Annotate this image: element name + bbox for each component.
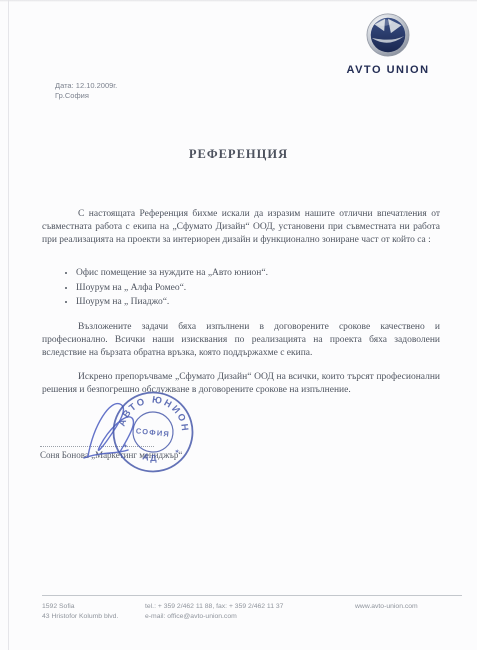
email-line: e-mail: office@avto-union.com <box>145 612 283 622</box>
footer-address: 1592 Sofia 43 Hristofor Kolumb blvd. <box>42 602 118 621</box>
stamp-star-icon: ✶ <box>122 442 129 451</box>
city-line: Гр.София <box>55 91 117 101</box>
paragraph-intro: С настоящата Референция бихме искали да … <box>42 208 440 247</box>
footer-contacts: tel.: + 359 2/462 11 88, fax: + 359 2/46… <box>145 602 283 621</box>
svg-text:АД: АД <box>141 451 159 464</box>
footer-website: www.avto-union.com <box>355 602 418 612</box>
stamp-bottom-text: АД <box>141 451 159 464</box>
company-logo: AVTO UNION <box>328 12 448 76</box>
list-item: Офис помещение за нуждите на „Авто юнион… <box>76 266 416 281</box>
stamp-star-icon: ✶ <box>174 447 181 456</box>
phone-fax-line: tel.: + 359 2/462 11 88, fax: + 359 2/46… <box>145 602 283 612</box>
date-block: Дата: 12.10.2009г. Гр.София <box>55 81 117 101</box>
avto-union-sphere-icon <box>365 12 411 58</box>
footer-divider <box>42 595 462 596</box>
project-list: Офис помещение за нуждите на „Авто юнион… <box>60 266 416 310</box>
document-page: AVTO UNION Дата: 12.10.2009г. Гр.София Р… <box>0 0 477 650</box>
scan-edge <box>0 0 477 2</box>
paragraph-quality: Възложените задачи бяха изпълнени в дого… <box>42 321 440 360</box>
company-round-stamp: АВТО ЮНИОН АД СОФИЯ ✶ ✶ <box>111 390 195 474</box>
brand-name: AVTO UNION <box>328 64 448 76</box>
list-item: Шоурум на „ Пиаджо“. <box>76 295 416 310</box>
stamp-center-text: СОФИЯ <box>135 426 170 439</box>
address-line: 43 Hristofor Kolumb blvd. <box>42 612 118 622</box>
address-line: 1592 Sofia <box>42 602 118 612</box>
document-title: РЕФЕРЕНЦИЯ <box>0 147 477 162</box>
list-item: Шоурум на „ Алфа Ромео“. <box>76 281 416 296</box>
scan-edge <box>8 0 9 650</box>
date-line: Дата: 12.10.2009г. <box>55 81 117 91</box>
